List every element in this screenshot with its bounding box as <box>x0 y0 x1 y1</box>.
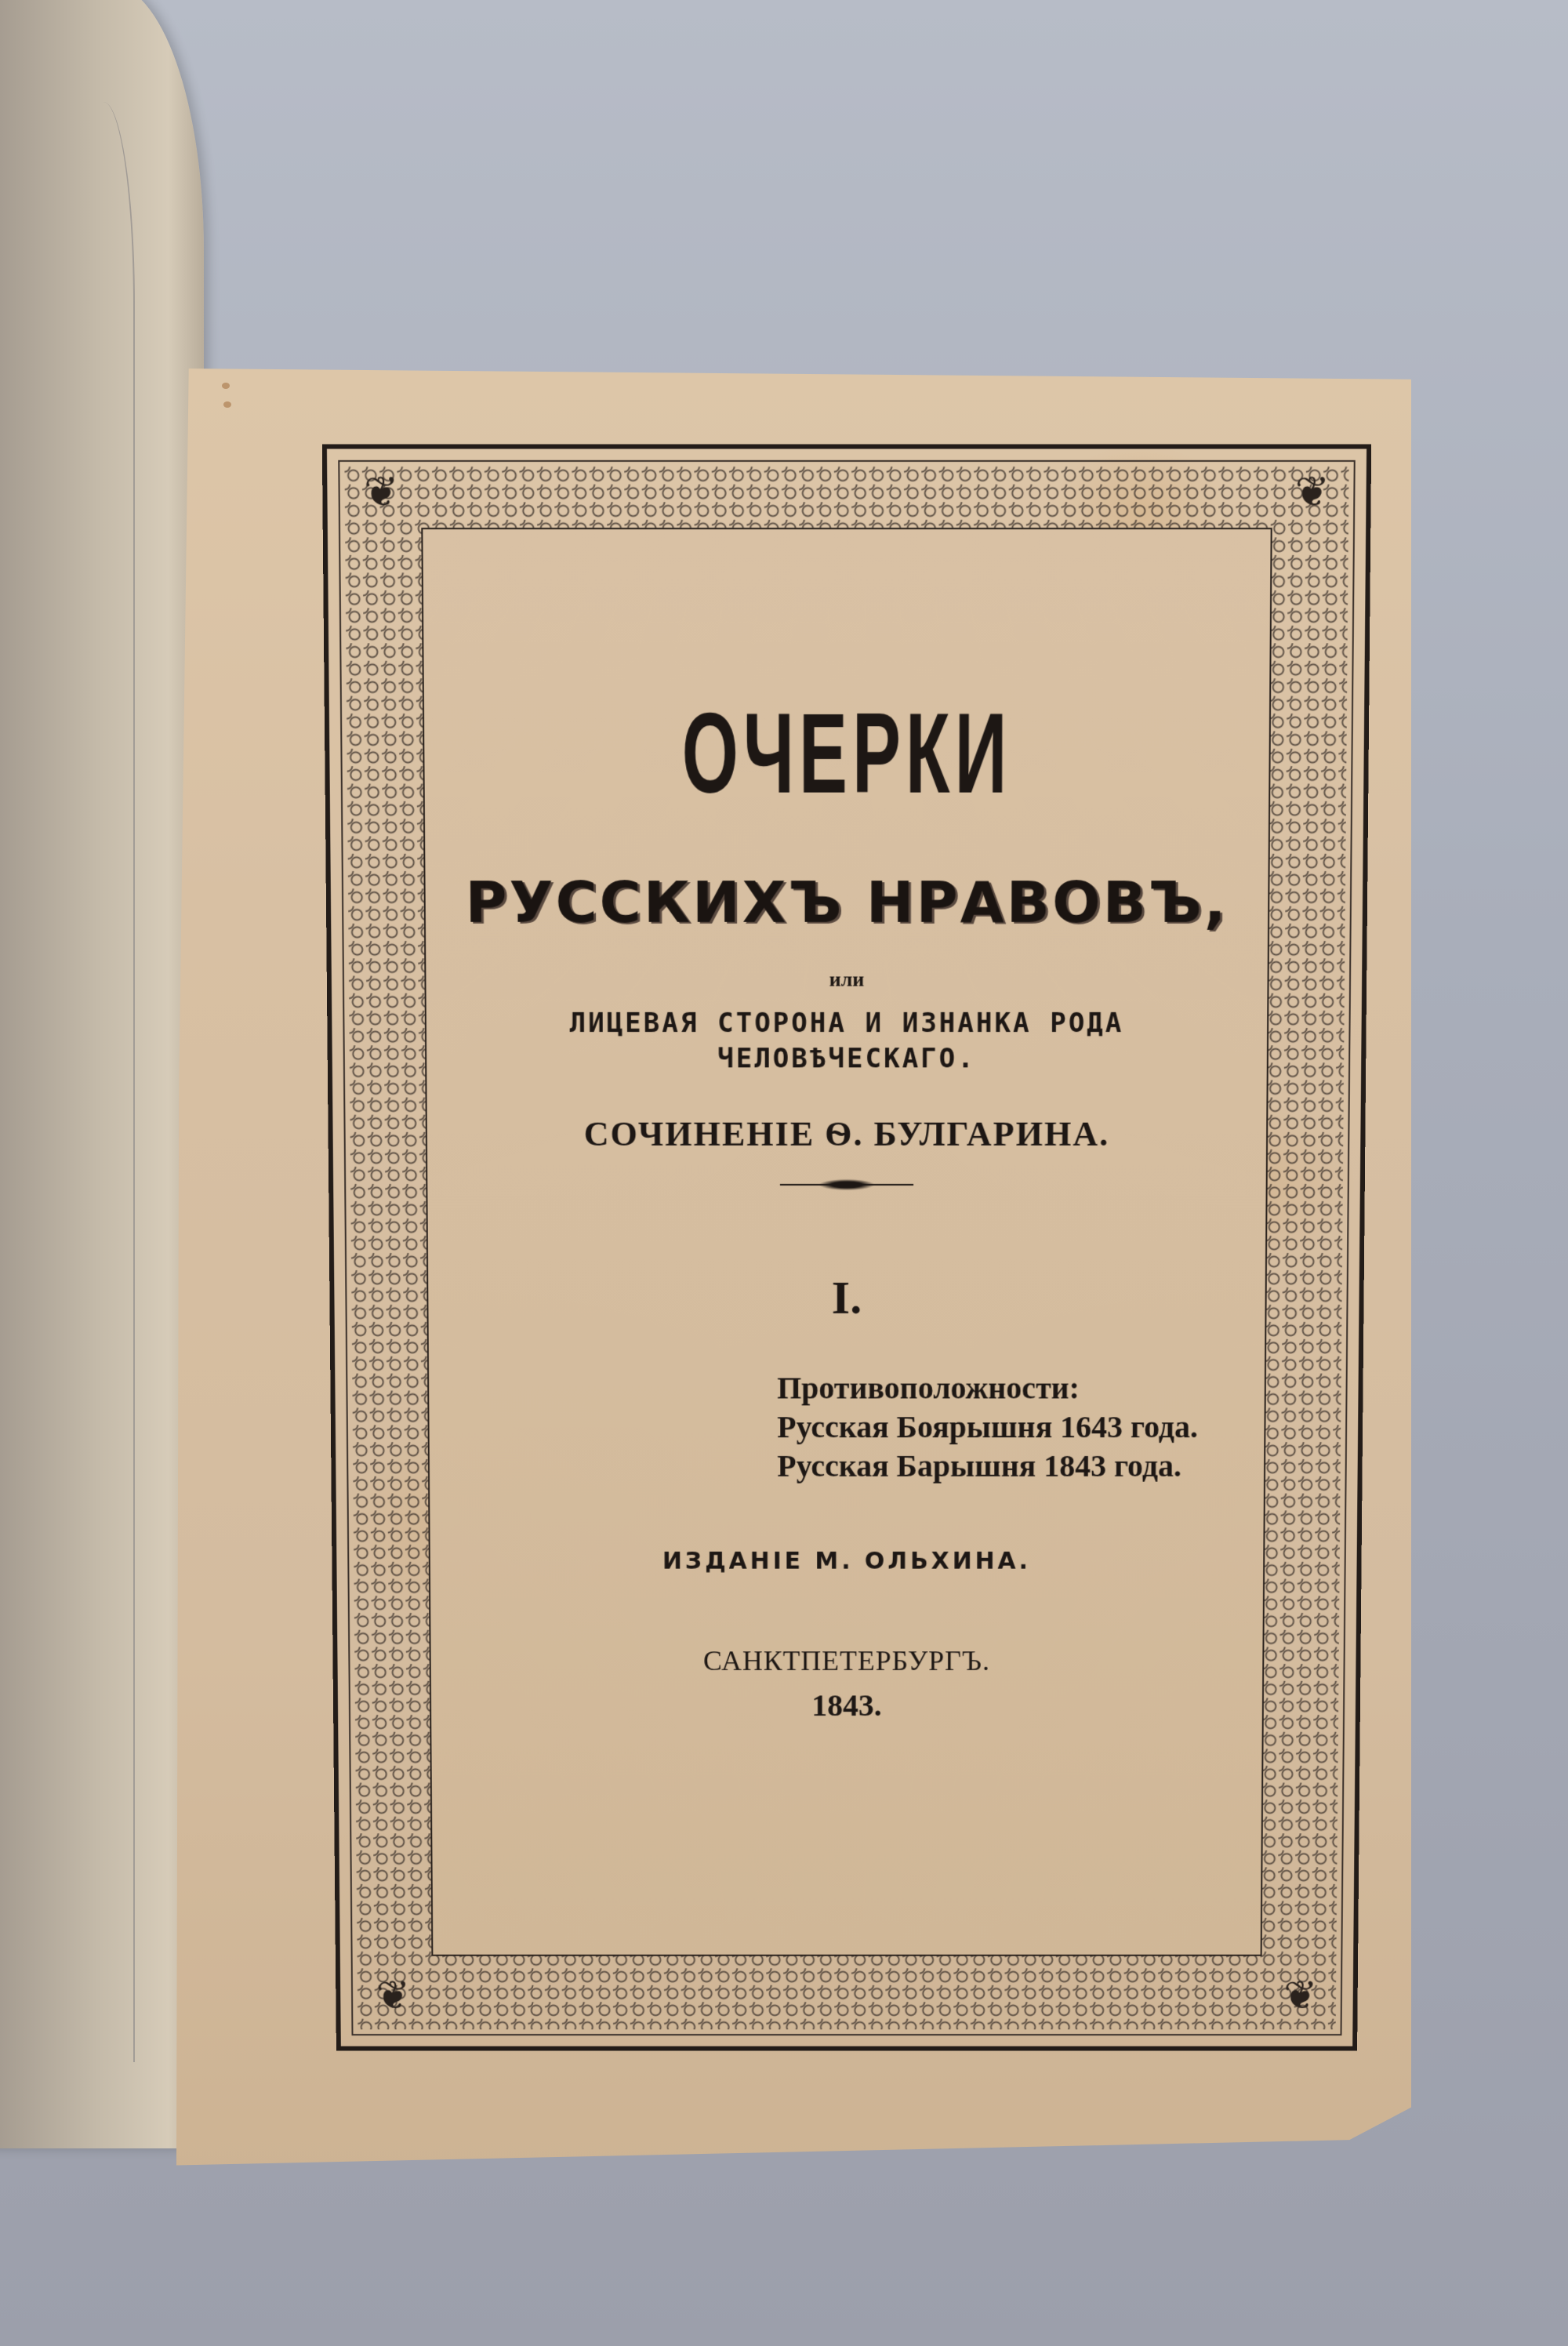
contents-heading: Противоположности: <box>777 1369 1198 1408</box>
connector-word: или <box>426 968 1267 991</box>
contents-item: Русская Боярышня 1643 года. <box>777 1407 1198 1447</box>
corner-ornament-icon: ❦ <box>1277 1973 1324 2018</box>
corner-ornament-icon: ❦ <box>370 1973 417 2018</box>
corner-ornament-icon: ❦ <box>1288 468 1336 517</box>
divider-ornament-icon <box>780 1179 913 1190</box>
main-title: ОЧЕРКИ <box>424 689 1269 819</box>
subtitle: РУССКИХЪ НРАВОВЪ, <box>425 869 1268 935</box>
contents-item: Русская Барышня 1843 года. <box>777 1447 1198 1486</box>
text-panel: ОЧЕРКИ РУССКИХЪ НРАВОВЪ, или ЛИЦЕВАЯ СТО… <box>421 528 1272 1956</box>
ornamental-border: ❦ ❦ ❦ ❦ ОЧЕРКИ РУССКИХЪ НРАВОВЪ, или ЛИЦ… <box>322 444 1371 2050</box>
contents-block: Противоположности: Русская Боярышня 1643… <box>777 1369 1198 1486</box>
publication-year: 1843. <box>431 1687 1262 1723</box>
divider-knot <box>819 1179 874 1190</box>
publication-city: САНКТПЕТЕРБУРГЪ. <box>431 1644 1263 1676</box>
alternate-title-line-2: ЧЕЛОВѢЧЕСКАГО. <box>426 1043 1267 1074</box>
alternate-title-line-1: ЛИЦЕВАЯ СТОРОНА И ИЗНАНКА РОДА <box>426 1008 1268 1039</box>
publisher-line: ИЗДАНІЕ М. ОЛЬХИНА. <box>430 1548 1264 1575</box>
foxing-spot <box>223 401 231 408</box>
volume-number: I. <box>428 1271 1265 1325</box>
foxing-spot <box>222 383 230 389</box>
facing-page-left <box>0 0 204 2148</box>
title-page: ❦ ❦ ❦ ❦ ОЧЕРКИ РУССКИХЪ НРАВОВЪ, или ЛИЦ… <box>176 369 1411 2180</box>
title-page-content: ОЧЕРКИ РУССКИХЪ НРАВОВЪ, или ЛИЦЕВАЯ СТО… <box>423 529 1270 1955</box>
page-crease <box>0 102 135 2062</box>
corner-ornament-icon: ❦ <box>358 468 405 517</box>
author-line: СОЧИНЕНІЕ Ѳ. БУЛГАРИНА. <box>427 1114 1267 1154</box>
